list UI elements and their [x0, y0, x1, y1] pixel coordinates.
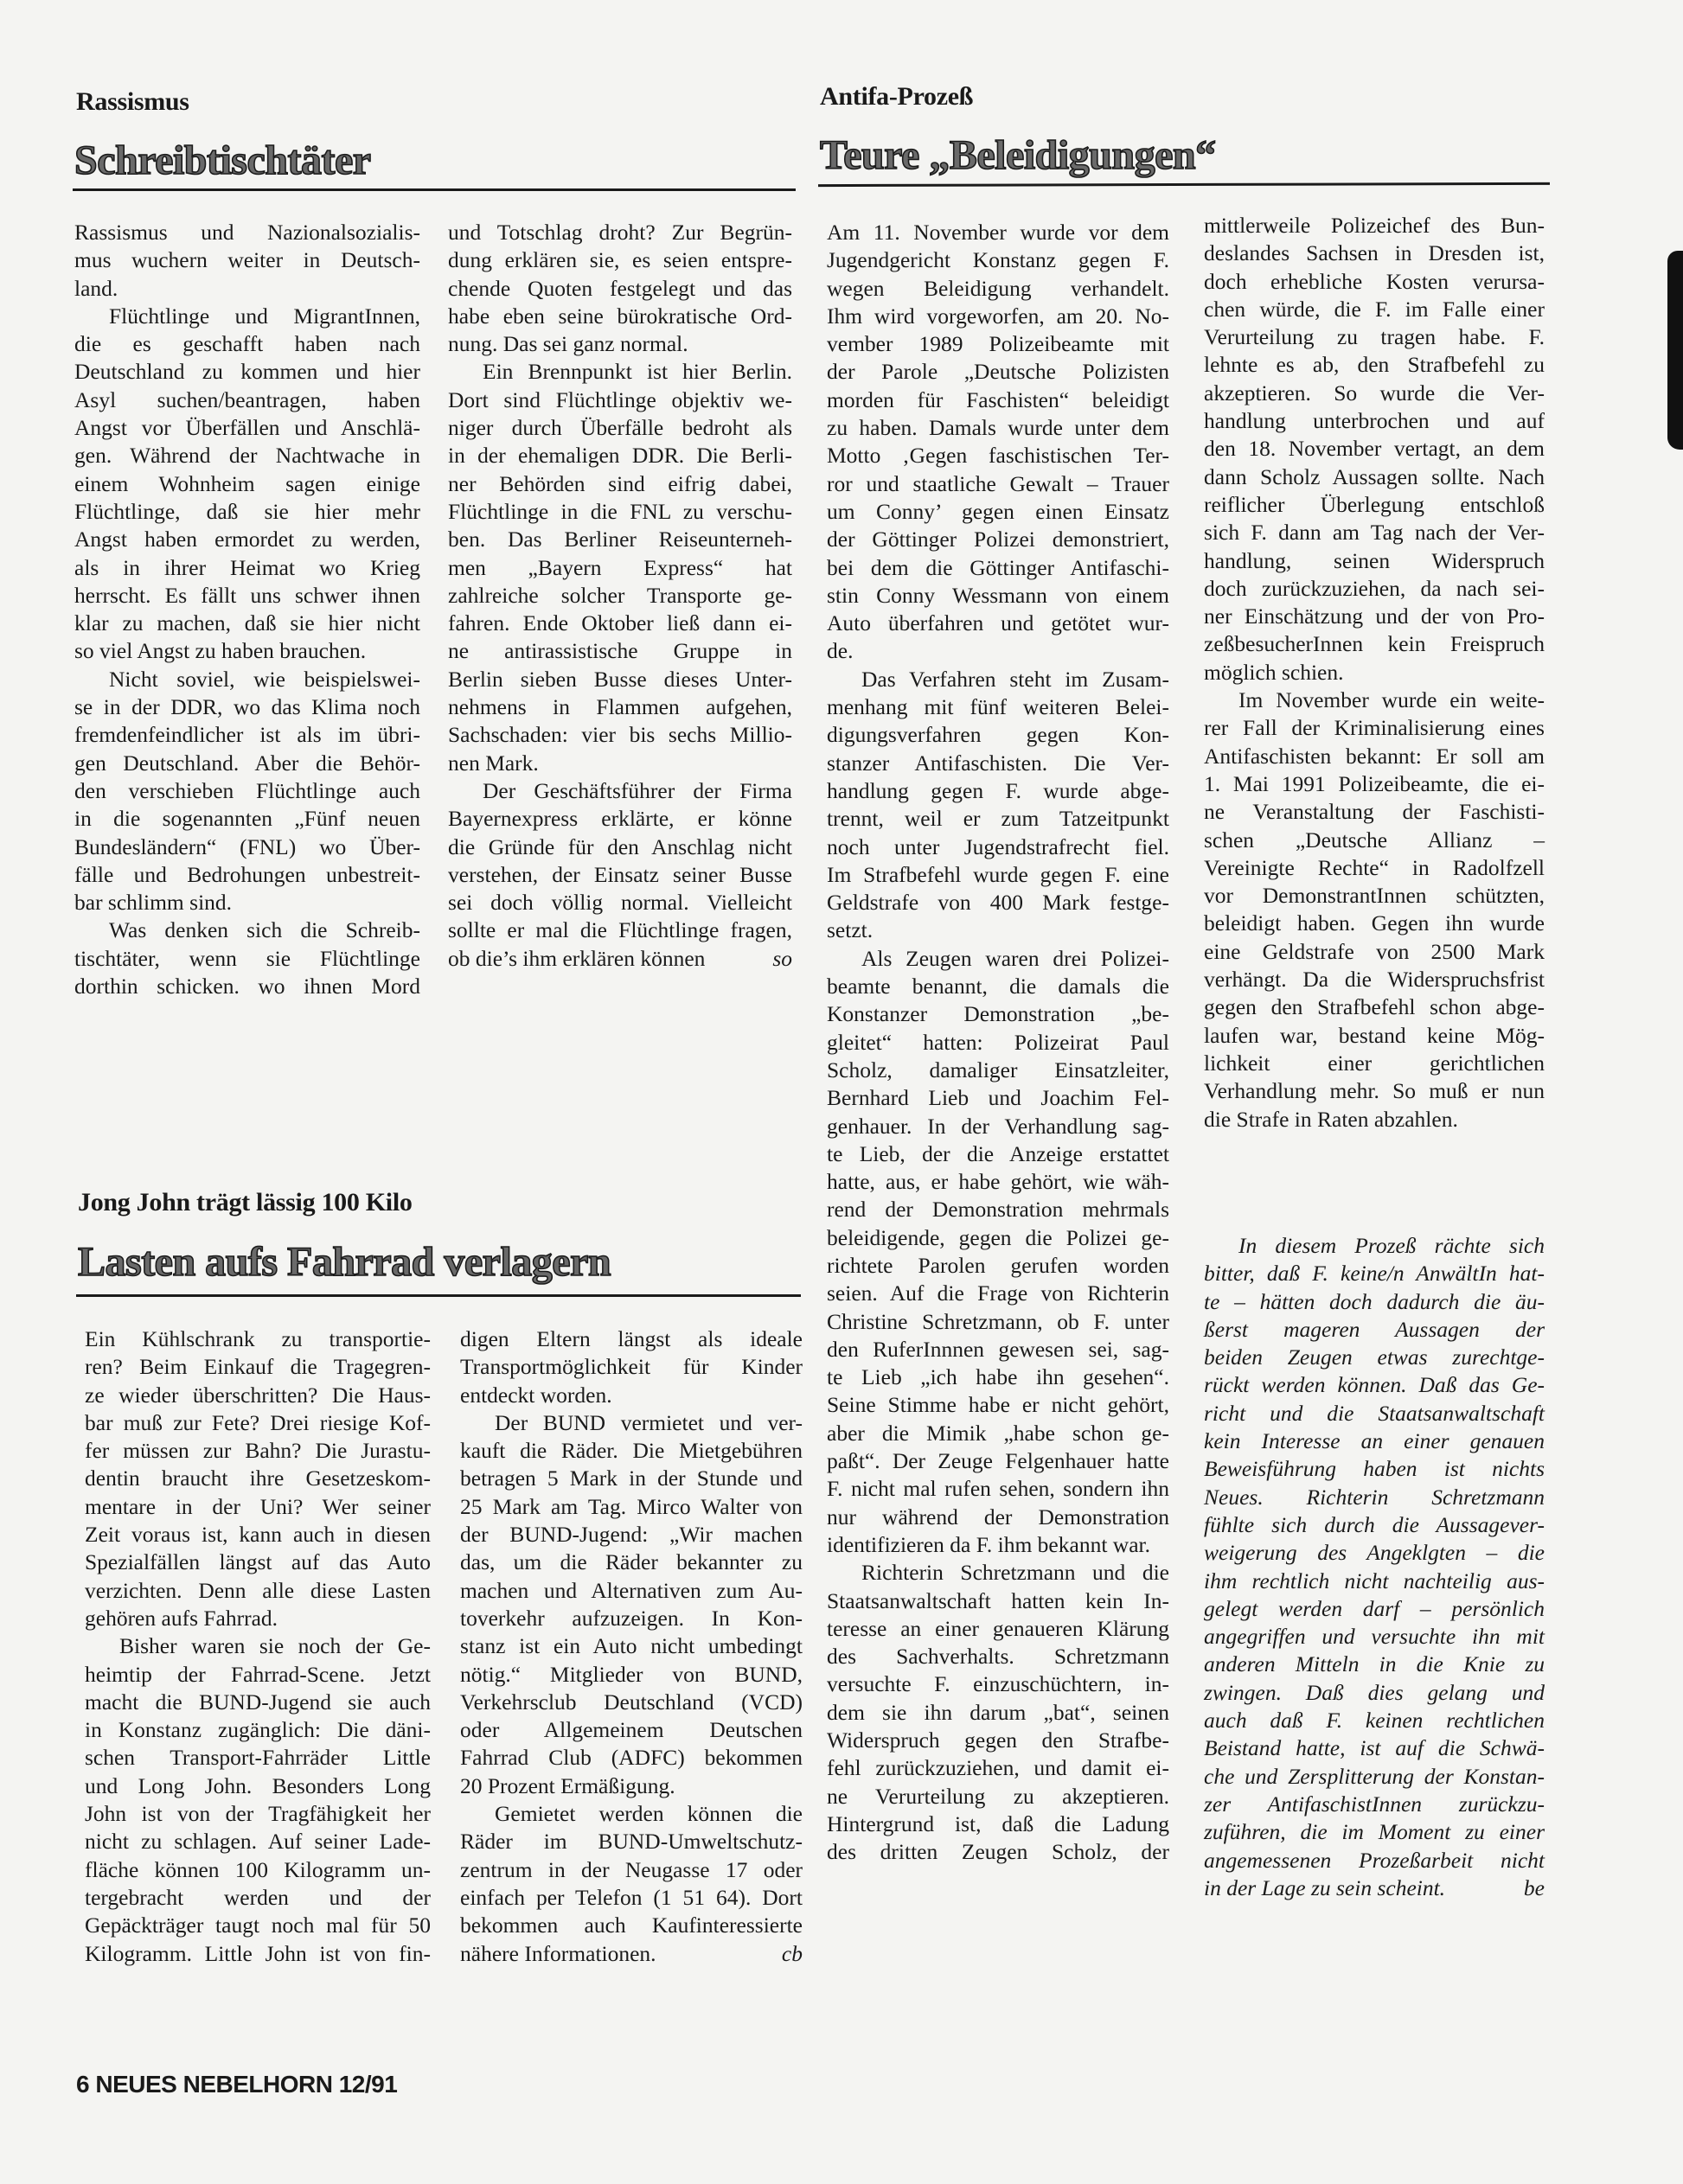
- text-line: aber die Mimik „habe schon ge-: [827, 1420, 1169, 1447]
- text-line: te – hätten doch dadurch die äu-: [1204, 1288, 1545, 1316]
- text-line: anderen Mitteln in die Knie zu: [1204, 1651, 1545, 1678]
- text-line: Was denken sich die Schreib-: [74, 916, 420, 944]
- text-line: laufen war, bestand keine Mög-: [1204, 1022, 1545, 1050]
- text-line: möglich schien.: [1204, 659, 1545, 686]
- text-line: fremdenfeindlicher ist als im übri-: [74, 721, 420, 749]
- text-line: als in ihrer Heimat wo Krieg: [74, 554, 420, 582]
- text-line: richtete Parolen gerufen worden: [827, 1252, 1169, 1280]
- text-line: in der ehemaligen DDR. Die Berli-: [448, 442, 792, 469]
- text-line: kauft die Räder. Die Mietgebühren: [460, 1437, 803, 1465]
- text-line: ror und staatliche Gewalt – Trauer: [827, 470, 1169, 498]
- text-line: schen „Deutsche Allianz –: [1204, 827, 1545, 854]
- text-line: ne Veranstaltung der Faschisti-: [1204, 798, 1545, 826]
- text-line: rer Fall der Kriminalisierung eines: [1204, 714, 1545, 742]
- text-line: Bernhard Lieb und Joachim Fel-: [827, 1084, 1169, 1112]
- text-line: beleidigende, gegen die Polizei ge-: [827, 1224, 1169, 1252]
- headline-rule: [818, 182, 1550, 187]
- text-line: Gepäckträger taugt noch mal für 50: [85, 1912, 431, 1939]
- article-column: Am 11. November wurde vor demJugendgeric…: [827, 219, 1169, 1867]
- text-line: noch unter Jugendstrafrecht fiel.: [827, 833, 1169, 861]
- text-line: oder Allgemeinem Deutschen: [460, 1716, 803, 1744]
- text-line: gen. Während der Nachtwache in: [74, 442, 420, 469]
- text-line: dentin braucht ihre Gesetzeskom-: [85, 1465, 431, 1492]
- text-line: reiflicher Überlegung entschloß: [1204, 491, 1545, 519]
- text-line: angegriffen und versuchte ihn mit: [1204, 1623, 1545, 1651]
- headline-schreibtischtaeter: Schreibtischtäter: [74, 137, 371, 185]
- text-line: nähere Informationen.cb: [460, 1940, 803, 1968]
- text-line: seien. Auf die Frage von Richterin: [827, 1280, 1169, 1307]
- text-line: hatte, aus, er habe gehört, wie wäh-: [827, 1168, 1169, 1196]
- text-line: 20 Prozent Ermäßigung.: [460, 1772, 803, 1800]
- text-line: Rassismus und Nazionalsozialis-: [74, 219, 420, 246]
- text-line: einfach per Telefon (1 51 64). Dort: [460, 1884, 803, 1912]
- text-line: Hintergrund ist, daß die Ladung: [827, 1810, 1169, 1838]
- text-line: vor DemonstrantInnen schützten,: [1204, 882, 1545, 910]
- text-line: so viel Angst zu haben brauchen.: [74, 637, 420, 665]
- text-line: niger durch Überfälle bedroht als: [448, 414, 792, 442]
- text-line: tergebracht werden und der: [85, 1884, 431, 1912]
- text-line: Gemietet werden können die: [460, 1800, 803, 1828]
- text-line: Sachschaden: vier bis sechs Millio-: [448, 721, 792, 749]
- text-line: weigerung des Angeklgten – die: [1204, 1539, 1545, 1567]
- article-column: Ein Kühlschrank zu transportie-ren? Beim…: [85, 1325, 431, 1968]
- text-line: rend der Demonstration mehrmals: [827, 1196, 1169, 1223]
- text-line: Auto überfahren und getötet wur-: [827, 610, 1169, 637]
- text-line: Das Verfahren steht im Zusam-: [827, 666, 1169, 693]
- text-line: Als Zeugen waren drei Polizei-: [827, 945, 1169, 973]
- text-line: Widerspruch gegen den Strafbe-: [827, 1727, 1169, 1754]
- text-line: Transportmöglichkeit für Kinder: [460, 1353, 803, 1381]
- text-line: identifizieren da F. ihm bekannt war.: [827, 1531, 1169, 1559]
- text-line: che und Zersplitterung der Konstan-: [1204, 1763, 1545, 1791]
- text-line: ob die’s ihm erklären könnenso: [448, 945, 792, 973]
- text-line: Flüchtlinge in die FNL zu verschu-: [448, 498, 792, 526]
- text-line: handlung unterbrochen und auf: [1204, 407, 1545, 435]
- headline-lasten-aufs-fahrrad: Lasten aufs Fahrrad verlagern: [78, 1238, 611, 1287]
- text-line: ihm rechtlich nicht nachteilig aus-: [1204, 1568, 1545, 1595]
- text-line: Antifaschisten bekannt: Er soll am: [1204, 743, 1545, 770]
- text-line: digungsverfahren gegen Kon-: [827, 721, 1169, 749]
- text-line: fahren. Ende Oktober ließ dann ei-: [448, 610, 792, 637]
- author-signature: cb: [782, 1940, 803, 1968]
- author-signature: so: [772, 945, 792, 973]
- text-line: nehmens in Flammen aufgehen,: [448, 693, 792, 721]
- text-line: Deutschland zu kommen und hier: [74, 358, 420, 386]
- text-line: dung erklären sie, es seien entspre-: [448, 246, 792, 274]
- text-line: Im Strafbefehl wurde gegen F. eine: [827, 861, 1169, 889]
- text-line: der Göttinger Polizei demonstriert,: [827, 526, 1169, 553]
- text-line: Beistand hatte, ist auf die Schwä-: [1204, 1734, 1545, 1762]
- text-line: gegen den Strafbefehl schon abge-: [1204, 993, 1545, 1021]
- scan-edge-mark: [1667, 251, 1683, 450]
- text-line: die Gründe für den Anschlag nicht: [448, 833, 792, 861]
- kicker-jong-john: Jong John trägt lässig 100 Kilo: [78, 1187, 413, 1218]
- headline-teure-beleidigungen: Teure „Beleidigungen“: [820, 131, 1216, 180]
- text-line: verstehen, der Einsatz seiner Busse: [448, 861, 792, 889]
- text-line: betragen 5 Mark in der Stunde und: [460, 1465, 803, 1492]
- text-line: Konstanzer Demonstration „be-: [827, 1000, 1169, 1028]
- text-line: Der BUND vermietet und ver-: [460, 1409, 803, 1437]
- text-line: der Parole „Deutsche Polizisten: [827, 358, 1169, 386]
- text-line: de.: [827, 637, 1169, 665]
- text-line: nötig.“ Mitglieder von BUND,: [460, 1661, 803, 1689]
- headline-rule: [73, 188, 796, 191]
- text-line: zeßbesucherInnen kein Freispruch: [1204, 630, 1545, 658]
- text-line: Richterin Schretzmann und die: [827, 1559, 1169, 1587]
- text-line: entdeckt worden.: [460, 1382, 803, 1409]
- text-line: land.: [74, 275, 420, 303]
- text-line: einem Wohnheim sagen einige: [74, 470, 420, 498]
- text-line: Flüchtlinge und MigrantInnen,: [74, 303, 420, 330]
- text-line: den RuferInnnen gewesen sei, sag-: [827, 1336, 1169, 1363]
- text-line: um Conny’ gegen einen Einsatz: [827, 498, 1169, 526]
- text-line: akzeptieren. So wurde die Ver-: [1204, 380, 1545, 407]
- text-line: handlung, seinen Widerspruch: [1204, 547, 1545, 575]
- text-line: bitter, daß F. keine/n AnwältIn hat-: [1204, 1260, 1545, 1287]
- text-line: digen Eltern längst als ideale: [460, 1325, 803, 1353]
- text-line: trennt, weil er zum Tatzeitpunkt: [827, 805, 1169, 833]
- text-line: Am 11. November wurde vor dem: [827, 219, 1169, 246]
- text-line: in Konstanz zugänglich: Die däni-: [85, 1716, 431, 1744]
- page-footer-issue: 6 NEUES NEBELHORN 12/91: [76, 2071, 397, 2098]
- text-line: Ihm wird vorgeworfen, am 20. No-: [827, 303, 1169, 330]
- text-line: ßerst mageren Aussagen der: [1204, 1316, 1545, 1344]
- text-line: te Lieb „ich habe ihn gesehen“.: [827, 1363, 1169, 1391]
- text-line: das, um die Räder bekannter zu: [460, 1549, 803, 1576]
- text-line: Asyl suchen/beantragen, haben: [74, 386, 420, 414]
- text-line: schen Transport-Fahrräder Little: [85, 1744, 431, 1772]
- text-line: mittlerweile Polizeichef des Bun-: [1204, 212, 1545, 239]
- text-line: John ist von der Tragfähigkeit her: [85, 1800, 431, 1828]
- text-line: des Sachverhalts. Schretzmann: [827, 1643, 1169, 1670]
- text-line: in die sogenannten „Fünf neuen: [74, 805, 420, 833]
- text-line: Verurteilung zu tragen habe. F.: [1204, 323, 1545, 351]
- text-line: Bayernexpress erklärte, er könne: [448, 805, 792, 833]
- text-line: bar schlimm sind.: [74, 889, 420, 916]
- text-line: sich F. dann am Tag nach der Ver-: [1204, 519, 1545, 546]
- text-line: Motto ‚Gegen faschistischen Ter-: [827, 442, 1169, 469]
- text-line: Ein Kühlschrank zu transportie-: [85, 1325, 431, 1353]
- text-line: dem sie ihn darum „bat“, seinen: [827, 1699, 1169, 1727]
- article-column: digen Eltern längst als idealeTransportm…: [460, 1325, 803, 1968]
- text-line: In diesem Prozeß rächte sich: [1204, 1232, 1545, 1260]
- text-line: klar zu machen, daß sie hier nicht: [74, 610, 420, 637]
- text-line: fälle und Bedrohungen unbestreit-: [74, 861, 420, 889]
- text-line: Seine Stimme habe er nicht gehört,: [827, 1391, 1169, 1419]
- text-line: Beweisführung haben ist nichts: [1204, 1455, 1545, 1483]
- text-line: Bisher waren sie noch der Ge-: [85, 1632, 431, 1660]
- text-line: in der Lage zu sein scheint.be: [1204, 1874, 1545, 1902]
- text-line: zentrum in der Neugasse 17 oder: [460, 1856, 803, 1884]
- text-line: Bundesländern“ (FNL) wo Über-: [74, 833, 420, 861]
- text-line: lichkeit einer gerichtlichen: [1204, 1050, 1545, 1077]
- text-line: versuchte F. einzuschüchtern, in-: [827, 1670, 1169, 1698]
- text-line: 1. Mai 1991 Polizeibeamte, die ei-: [1204, 770, 1545, 798]
- text-line: dann Scholz Aussagen sollte. Nach: [1204, 463, 1545, 491]
- text-line: Angst haben ermordet zu werden,: [74, 526, 420, 553]
- text-line: stin Conny Wessmann von einem: [827, 582, 1169, 610]
- text-line: den 18. November vertagt, an dem: [1204, 435, 1545, 463]
- author-signature: be: [1524, 1874, 1545, 1902]
- text-line: beleidigt haben. Gegen ihn wurde: [1204, 910, 1545, 937]
- kicker-rassismus: Rassismus: [76, 86, 189, 118]
- text-line: genhauer. In der Verhandlung sag-: [827, 1113, 1169, 1140]
- text-line: te Lieb, der die Anzeige erstattet: [827, 1140, 1169, 1168]
- text-line: Scholz, damaliger Einsatzleiter,: [827, 1057, 1169, 1084]
- text-line: stanz ist ein Auto nicht umbedingt: [460, 1632, 803, 1660]
- text-line: wegen Beleidigung verhandelt.: [827, 275, 1169, 303]
- text-line: gleitet“ hatten: Polizeirat Paul: [827, 1029, 1169, 1057]
- text-line: mentare in der Uni? Wer seiner: [85, 1493, 431, 1521]
- text-line: zwingen. Daß dies gelang und: [1204, 1679, 1545, 1707]
- text-line: verhängt. Da die Widerspruchsfrist: [1204, 966, 1545, 993]
- text-line: kein Interesse an einer genauen: [1204, 1427, 1545, 1455]
- text-line: toverkehr aufzuzeigen. In Kon-: [460, 1605, 803, 1632]
- text-line: beamte benannt, die damals die: [827, 973, 1169, 1000]
- text-line: setzt.: [827, 916, 1169, 944]
- text-line: Staatsanwaltschaft hatten kein In-: [827, 1587, 1169, 1615]
- text-line: eine Geldstrafe von 2500 Mark: [1204, 938, 1545, 966]
- text-line: bekommen auch Kaufinteressierte: [460, 1912, 803, 1939]
- text-line: lehnte es ab, den Strafbefehl zu: [1204, 351, 1545, 379]
- text-line: fer müssen zur Bahn? Die Jurastu-: [85, 1437, 431, 1465]
- text-line: ben. Das Berliner Reiseunterneh-: [448, 526, 792, 553]
- text-line: auch daß F. keinen rechtlichen: [1204, 1707, 1545, 1734]
- text-line: tischtäter, wenn sie Flüchtlinge: [74, 945, 420, 973]
- text-line: zer AntifaschistInnen zurückzu-: [1204, 1791, 1545, 1818]
- text-line: sei doch völlig normal. Vielleicht: [448, 889, 792, 916]
- text-line: nur während der Demonstration: [827, 1504, 1169, 1531]
- text-line: Berlin sieben Busse dieses Unter-: [448, 666, 792, 693]
- text-line: ne Verurteilung zu akzeptieren.: [827, 1783, 1169, 1810]
- text-line: Jugendgericht Konstanz gegen F.: [827, 246, 1169, 274]
- text-line: teresse an einer genaueren Klärung: [827, 1615, 1169, 1643]
- text-line: deslandes Sachsen in Dresden ist,: [1204, 239, 1545, 267]
- text-line: Christine Schretzmann, ob F. unter: [827, 1308, 1169, 1336]
- text-line: Im November wurde ein weite-: [1204, 686, 1545, 714]
- text-line: dorthin schicken. wo ihnen Mord: [74, 973, 420, 1000]
- text-line: und Totschlag droht? Zur Begrün-: [448, 219, 792, 246]
- text-line: Verkehrsclub Deutschland (VCD): [460, 1689, 803, 1716]
- text-line: handlung gegen F. wurde abge-: [827, 777, 1169, 805]
- text-line: Neues. Richterin Schretzmann: [1204, 1484, 1545, 1511]
- text-line: Fahrrad Club (ADFC) bekommen: [460, 1744, 803, 1772]
- article-column-commentary: In diesem Prozeß rächte sichbitter, daß …: [1204, 1232, 1545, 1902]
- text-line: Räder im BUND-Umweltschutz-: [460, 1828, 803, 1855]
- text-line: fläche können 100 Kilogramm un-: [85, 1856, 431, 1884]
- text-line: habe eben seine bürokratische Ord-: [448, 303, 792, 330]
- text-line: ne antirassistische Gruppe in: [448, 637, 792, 665]
- text-line: gen Deutschland. Aber die Behör-: [74, 750, 420, 777]
- text-line: zu haben. Damals wurde unter dem: [827, 414, 1169, 442]
- text-line: fühlte sich durch die Aussagever-: [1204, 1511, 1545, 1539]
- text-line: die Strafe in Raten abzahlen.: [1204, 1106, 1545, 1134]
- text-line: beiden Zeugen etwas zurechtge-: [1204, 1344, 1545, 1371]
- text-line: 25 Mark am Tag. Mirco Walter von: [460, 1493, 803, 1521]
- text-line: der BUND-Jugend: „Wir machen: [460, 1521, 803, 1549]
- text-line: Angst vor Überfällen und Anschlä-: [74, 414, 420, 442]
- text-line: ren? Beim Einkauf die Tragegren-: [85, 1353, 431, 1381]
- text-line: Kilogramm. Little John ist von fin-: [85, 1940, 431, 1968]
- text-line: richt und die Staatsanwaltschaft: [1204, 1400, 1545, 1427]
- text-line: heimtip der Fahrrad-Scene. Jetzt: [85, 1661, 431, 1689]
- text-line: macht die BUND-Jugend sie auch: [85, 1689, 431, 1716]
- text-line: stanzer Antifaschisten. Die Ver-: [827, 750, 1169, 777]
- text-line: Spezialfällen längst auf das Auto: [85, 1549, 431, 1576]
- article-column: Rassismus und Nazionalsozialis-mus wuche…: [74, 219, 420, 1000]
- text-line: gehören aufs Fahrrad.: [85, 1605, 431, 1632]
- text-line: gelegt werden darf – persönlich: [1204, 1595, 1545, 1623]
- text-line: verzichten. Denn alle diese Lasten: [85, 1577, 431, 1605]
- text-line: fehl zurückzuziehen, und damit ei-: [827, 1754, 1169, 1782]
- text-line: Verhandlung mehr. So muß er nun: [1204, 1077, 1545, 1105]
- text-line: chende Quoten festgelegt und das: [448, 275, 792, 303]
- text-line: nicht zu schlagen. Auf seiner Lade-: [85, 1828, 431, 1855]
- text-line: Flüchtlinge, daß sie hier mehr: [74, 498, 420, 526]
- text-line: ner Einschätzung und der von Pro-: [1204, 603, 1545, 630]
- newspaper-page: Rassismus Schreibtischtäter Rassismus un…: [0, 0, 1683, 2184]
- text-line: F. nicht mal rufen sehen, sondern ihn: [827, 1475, 1169, 1503]
- text-line: machen und Alternativen zum Au-: [460, 1577, 803, 1605]
- text-line: Zeit voraus ist, kann auch in diesen: [85, 1521, 431, 1549]
- text-line: zahlreiche solcher Transporte ge-: [448, 582, 792, 610]
- text-line: vember 1989 Polizeibeamte mit: [827, 330, 1169, 358]
- text-line: herrscht. Es fällt uns schwer ihnen: [74, 582, 420, 610]
- text-line: und Long John. Besonders Long: [85, 1772, 431, 1800]
- text-line: men „Bayern Express“ hat: [448, 554, 792, 582]
- text-line: sollte er mal die Flüchtlinge fragen,: [448, 916, 792, 944]
- article-column: und Totschlag droht? Zur Begrün-dung erk…: [448, 219, 792, 973]
- text-line: Dort sind Flüchtlinge objektiv we-: [448, 386, 792, 414]
- text-line: zuführen, die im Moment zu einer: [1204, 1818, 1545, 1846]
- text-line: bar muß zur Fete? Drei riesige Kof-: [85, 1409, 431, 1437]
- text-line: se in der DDR, wo das Klima noch: [74, 693, 420, 721]
- text-line: paßt“. Der Zeuge Felgenhauer hatte: [827, 1447, 1169, 1475]
- text-line: nen Mark.: [448, 750, 792, 777]
- text-line: des dritten Zeugen Scholz, der: [827, 1838, 1169, 1866]
- text-line: Der Geschäftsführer der Firma: [448, 777, 792, 805]
- text-line: ze wieder überschritten? Die Haus-: [85, 1382, 431, 1409]
- text-line: nung. Das sei ganz normal.: [448, 330, 792, 358]
- headline-rule: [76, 1294, 801, 1297]
- kicker-antifa-prozess: Antifa-Prozeß: [820, 81, 973, 112]
- text-line: morden für Faschisten“ beleidigt: [827, 386, 1169, 414]
- text-line: Nicht soviel, wie beispielswei-: [74, 666, 420, 693]
- text-line: chen würde, die F. im Falle einer: [1204, 296, 1545, 323]
- text-line: angemessenen Prozeßarbeit nicht: [1204, 1847, 1545, 1874]
- text-line: die es geschafft haben nach: [74, 330, 420, 358]
- text-line: doch zurückzuziehen, da nach sei-: [1204, 575, 1545, 603]
- article-column: mittlerweile Polizeichef des Bun-desland…: [1204, 212, 1545, 1134]
- text-line: ner Behörden sind eifrig dabei,: [448, 470, 792, 498]
- text-line: Vereinigte Rechte“ in Radolfzell: [1204, 854, 1545, 882]
- text-line: rückt werden können. Daß das Ge-: [1204, 1371, 1545, 1399]
- text-line: doch erhebliche Kosten verursa-: [1204, 268, 1545, 296]
- text-line: mus wuchern weiter in Deutsch-: [74, 246, 420, 274]
- text-line: bei dem die Göttinger Antifaschi-: [827, 554, 1169, 582]
- text-line: den verschieben Flüchtlinge auch: [74, 777, 420, 805]
- text-line: menhang mit fünf weiteren Belei-: [827, 693, 1169, 721]
- text-line: Ein Brennpunkt ist hier Berlin.: [448, 358, 792, 386]
- text-line: Geldstrafe von 400 Mark festge-: [827, 889, 1169, 916]
